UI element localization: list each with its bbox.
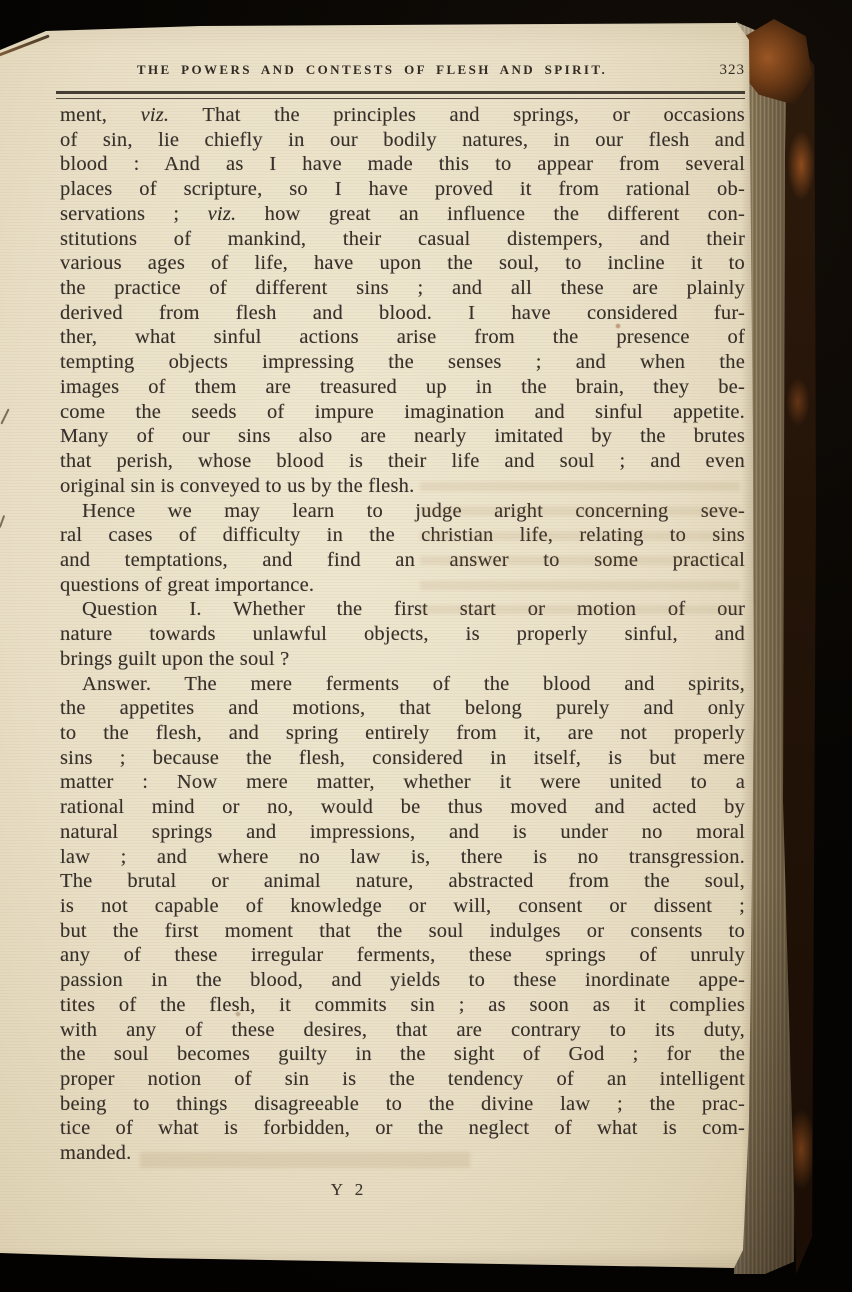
text-line: rational mind or no, would be thus moved… — [60, 795, 745, 820]
text-line: brings guilt upon the soul ? — [60, 647, 745, 672]
text-line: sins ; because the flesh, considered in … — [60, 746, 745, 771]
text-line: with any of these desires, that are cont… — [60, 1018, 745, 1043]
text-line: proper notion of sin is the tendency of … — [60, 1067, 745, 1092]
text-line: matter : Now mere matter, whether it wer… — [60, 770, 745, 795]
text-line: natural springs and impressions, and is … — [60, 820, 745, 845]
text-line: being to things disagreeable to the divi… — [60, 1092, 745, 1117]
text-line: The brutal or animal nature, abstracted … — [60, 869, 745, 894]
text-line: and temptations, and find an answer to s… — [60, 548, 745, 573]
body-text-block: ment, viz. That the principles and sprin… — [60, 103, 745, 1166]
text-line: questions of great importance. — [60, 573, 745, 598]
text-line: come the seeds of impure imagination and… — [60, 400, 745, 425]
text-line: ment, viz. That the principles and sprin… — [60, 103, 745, 128]
text-line: passion in the blood, and yields to thes… — [60, 968, 745, 993]
text-line: is not capable of knowledge or will, con… — [60, 894, 745, 919]
book-page: THE POWERS AND CONTESTS OF FLESH AND SPI… — [0, 0, 760, 1280]
signature-mark: Y 2 — [331, 1180, 367, 1200]
text-line: ther, what sinful actions arise from the… — [60, 325, 745, 350]
margin-pen-mark — [0, 515, 5, 528]
text-line: blood : And as I have made this to appea… — [60, 152, 745, 177]
text-line: images of them are treasured up in the b… — [60, 375, 745, 400]
text-line: derived from flesh and blood. I have con… — [60, 301, 745, 326]
text-line: the appetites and motions, that belong p… — [60, 696, 745, 721]
text-line: Many of our sins also are nearly imitate… — [60, 424, 745, 449]
text-line: any of these irregular ferments, these s… — [60, 943, 745, 968]
text-line: manded. — [60, 1141, 745, 1166]
header-double-rule — [56, 91, 745, 99]
text-line: places of scripture, so I have proved it… — [60, 177, 745, 202]
signature-mark-row: Y 2 — [57, 1180, 745, 1200]
text-line: that perish, whose blood is their life a… — [60, 449, 745, 474]
text-line: but the first moment that the soul indul… — [60, 919, 745, 944]
text-line: various ages of life, have upon the soul… — [60, 251, 745, 276]
text-line: nature towards unlawful objects, is prop… — [60, 622, 745, 647]
text-line: servations ; viz. how great an influence… — [60, 202, 745, 227]
text-line: original sin is conveyed to us by the fl… — [60, 474, 745, 499]
text-line: the practice of different sins ; and all… — [60, 276, 745, 301]
page-number: 323 — [687, 62, 745, 79]
text-line: law ; and where no law is, there is no t… — [60, 845, 745, 870]
text-line: to the flesh, and spring entirely from i… — [60, 721, 745, 746]
text-line: Question I. Whether the first start or m… — [60, 597, 745, 622]
text-line: tites of the flesh, it commits sin ; as … — [60, 993, 745, 1018]
text-line: Hence we may learn to judge aright conce… — [60, 499, 745, 524]
photo-background: THE POWERS AND CONTESTS OF FLESH AND SPI… — [0, 0, 852, 1292]
text-line: tempting objects impressing the senses ;… — [60, 350, 745, 375]
text-line: the soul becomes guilty in the sight of … — [60, 1042, 745, 1067]
text-line: of sin, lie chiefly in our bodily nature… — [60, 128, 745, 153]
running-header-title: THE POWERS AND CONTESTS OF FLESH AND SPI… — [57, 62, 687, 78]
running-header: THE POWERS AND CONTESTS OF FLESH AND SPI… — [57, 62, 745, 79]
text-line: tice of what is forbidden, or the neglec… — [60, 1116, 745, 1141]
margin-pen-mark — [0, 408, 9, 424]
text-line: ral cases of difficulty in the christian… — [60, 523, 745, 548]
text-line: Answer. The mere ferments of the blood a… — [60, 672, 745, 697]
text-line: stitutions of mankind, their casual dist… — [60, 227, 745, 252]
